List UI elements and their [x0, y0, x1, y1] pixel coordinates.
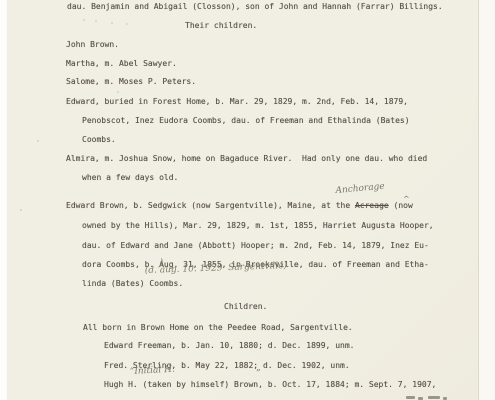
scan-speckle — [20, 209, 22, 211]
handwritten-annotation: ” — [256, 370, 261, 379]
typed-line: Edward Freeman, b. Jan. 10, 1880; d. Dec… — [104, 341, 354, 351]
scan-speckle — [37, 140, 39, 142]
typed-line: All born in Brown Home on the Peedee Roa… — [83, 323, 353, 333]
scan-speckle — [126, 23, 128, 25]
typed-line: Coombs. — [82, 135, 116, 145]
scan-speckle — [117, 91, 119, 93]
scan-background-left — [0, 0, 7, 400]
typed-line: Edward, buried in Forest Home, b. Mar. 2… — [66, 97, 408, 107]
struck-word: Acreage — [355, 201, 389, 210]
handwritten-annotation: ^ — [403, 196, 410, 204]
typed-line: linda (Bates) Coombs. — [82, 279, 183, 289]
scan-background-right — [479, 0, 495, 400]
scan-speckle — [83, 19, 85, 21]
cutoff-line-fragment — [428, 396, 440, 399]
typed-line: John Brown. — [66, 40, 119, 50]
typed-line: Salome, m. Moses P. Peters. — [66, 77, 196, 87]
typed-segment: Edward Brown, b. Sedgwick (now Sargentvi… — [66, 201, 355, 210]
typed-line: Their children. — [185, 21, 257, 31]
typed-line: Martha, m. Abel Sawyer. — [66, 59, 177, 69]
scan-speckle — [111, 22, 113, 24]
typed-line: when a few days old. — [82, 173, 178, 183]
typed-line: dau. of Edward and Jane (Abbott) Hooper;… — [82, 241, 429, 251]
scanned-document: dau. Benjamin and Abigail (Closson), son… — [0, 0, 495, 400]
typed-line: Edward Brown, b. Sedgwick (now Sargentvi… — [66, 201, 413, 211]
typed-line: Almira, m. Joshua Snow, home on Bagaduce… — [66, 154, 427, 164]
typed-line: Children. — [224, 302, 267, 312]
typed-line: owned by the Hills), Mar. 29, 1829, m. 1… — [82, 221, 434, 231]
typed-line: Penobscot, Inez Eudora Coombs, dau. of F… — [82, 116, 410, 126]
scan-speckle — [95, 20, 97, 22]
cutoff-line-fragment — [406, 396, 415, 399]
typed-line: dau. Benjamin and Abigail (Closson), son… — [67, 2, 443, 12]
typed-line: Hugh H. (taken by himself) Brown, b. Oct… — [104, 380, 436, 390]
